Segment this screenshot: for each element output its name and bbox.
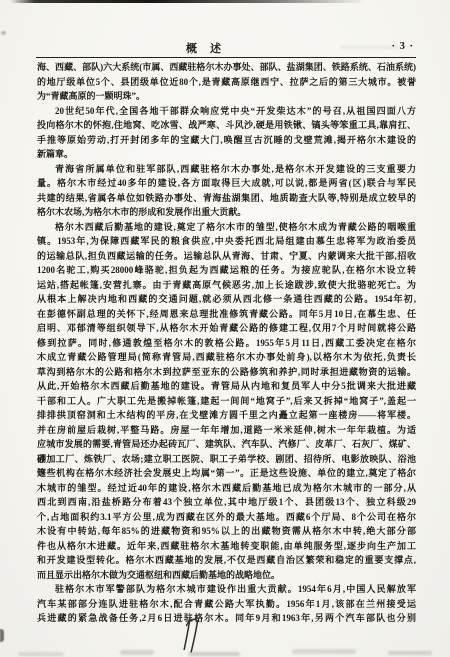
body-text: 海、西藏、部队)六大系统(市属、西藏驻格尔木办事处、部队、盐湖集团、铁路系统、石… — [37, 60, 416, 626]
text-line: 这些机构在格尔木经济社会发展史上均属“第一”。正是这些设施、单位的建立,奠定了格… — [37, 466, 416, 481]
text-line: 启明、邓郁清等组织领导下,从格尔木开始青藏公路的修建工程,仅用7个月时间就将公路 — [37, 321, 416, 336]
chapter-title: 概 述 — [186, 40, 222, 56]
handwritten-page-number — [178, 616, 206, 656]
scan-artifact-bottom — [18, 652, 64, 656]
text-line: 量。格尔木市经过40多年的建设,各方面取得巨大成就,可以说,都是两省(区)联合与… — [37, 176, 416, 191]
header-divider — [36, 57, 416, 58]
text-line: 和开发建设型转化。格尔木西藏基地的发展,不仅是西藏自治区繁荣和稳定的重要支撑点, — [37, 553, 416, 568]
text-line: 新篇章。 — [37, 147, 416, 162]
text-line: 修到拉萨。同时,修通敦煌至格尔木的敦格公路。1955年5月11日,西藏工委决定在… — [37, 336, 416, 351]
text-line: 镇。1953年,为保障西藏军民的粮食供应,中央委托西北局组建由慕生忠将军为政治委… — [37, 234, 416, 249]
text-line: 为“青藏高原的一颗明珠”。 — [37, 89, 416, 104]
text-line: 干部和工人。广大职工先是搬掉帐篷,建起一间间“地窝子”,后来又拆掉“地窝子”,盖… — [37, 394, 416, 409]
scan-artifact-bottom — [120, 650, 154, 655]
text-line: 海、西藏、部队)六大系统(市属、西藏驻格尔木办事处、部队、盐湖集团、铁路系统、石… — [37, 60, 416, 75]
text-line: 的地厅级单位5个、县团级单位近80个,是青藏高原继西宁、拉萨之后的第三大城市。被… — [37, 75, 416, 90]
text-line: 青海省所属单位和驻军部队,西藏驻格尔木办事处,是格尔木开发建设的三支重要力 — [37, 162, 416, 177]
text-line: 共建的结果,省属各单位如铁路办事处、青海盐湖集团、地质勘查大队等,特别是成立较早… — [37, 191, 416, 206]
text-line: 木城市的雏型。经过近40年的建设,格尔木西藏后勤基地已成为格尔木城市的一部分,从 — [37, 481, 416, 496]
text-line: 格尔木西藏后勤基地的建设,奠定了格尔木市的雏型,使格尔木成为青藏公路的咽喉重 — [37, 220, 416, 235]
text-line: 的运输总队,担负西藏运输的任务。运输总队从青海、甘肃、宁夏、内蒙调来大批干部,招… — [37, 249, 416, 264]
text-line: 木成立青藏公路管理局(简称青管局,西藏驻格尔木办事处前身),以格尔木为依托,负责… — [37, 350, 416, 365]
text-line: 个,占地面积约3.1平方公里,成为西藏在区外的最大基地。西藏6个厅局、8个公司在… — [37, 510, 416, 525]
scan-artifact-left-edge — [0, 629, 4, 642]
text-line: 1200名驼工,购买28000峰骆驼,担负起为西藏运粮的任务。为接应驼队,在格尔… — [37, 263, 416, 278]
scan-artifact-speck — [1, 31, 6, 35]
text-line: 从此,开始格尔木西藏后勤基地的建设。青管局从内地和复员军人中分5批调来大批进藏 — [37, 379, 416, 394]
text-line: 汽车某部部分连队进驻格尔木,配合青藏公路大军执勤。1956年1月,该部在兰州接受… — [37, 597, 416, 612]
scan-artifact-bottom — [388, 651, 432, 655]
scan-artifact-bottom — [188, 652, 240, 656]
scan-artifact-bottom — [292, 649, 356, 654]
text-line: 投向格尔木的怀抱,住地窝、吃冰雪、战严寒、斗风沙,硬是用铁锹、镐头等笨重工具,靠… — [37, 118, 416, 133]
text-line: 运站,搭起帐篷,安营扎寨。由于青藏高原气候恶劣,加上长途跋涉,致使大批骆驼死亡。… — [37, 278, 416, 293]
text-line: 驻格尔木市军警部队为格尔木城市建设作出重大贡献。1954年6月,中国人民解放军 — [37, 582, 416, 597]
text-line: 砂加工厂、炼铁厂、农场;建立职工医院、职工子弟学校、剧团、招待所、电影放映队、浴… — [37, 452, 416, 467]
text-line: 手推等原始劳动,打开封闭多年的宝藏大门,唤醒亘古沉睡的戈壁荒滩,揭开格尔木建设的 — [37, 133, 416, 148]
text-line: 木设有中转站,每年85%的进藏物资和95%以上的出藏物资需从格尔木中转,绝大部分… — [37, 524, 416, 539]
text-line: 排排拱顶窑洞和土木结构的平房,在戈壁滩方圆千里之内矗立起第一座楼房——将军楼。 — [37, 408, 416, 423]
text-line: 从根本上解决内地和西藏的交通问题,就必须从西北修一条通往西藏的公路。1954年初… — [37, 292, 416, 307]
text-line: 应城市发展的需要,青管局还办起砖瓦厂、建筑队、汽车队、汽修厂、皮革厂、石灰厂、煤… — [37, 437, 416, 452]
text-line: 西北到西南,沿盐桥路分布着43个独立单位,其中地厅级1个、县团级13个、独立科级… — [37, 495, 416, 510]
text-line: 而且显示出格尔木做为交通枢纽和西藏后勤基地的战略地位。 — [37, 568, 416, 583]
text-line: 草沟到格尔木的公路和格尔木到拉萨至亚东的公路修筑和养护,同时承担进藏物资的运输。 — [37, 365, 416, 380]
scan-artifact-faint — [340, 46, 400, 49]
text-line: 20世纪50年代,全国各地干部群众响应党中央“开发柴达木”的号召,从祖国四面八方 — [37, 104, 416, 119]
text-line: 并在房前屋后栽树,平整马路。房屋一年年增加,道路一米米延伸,树木一年年栽植。为适 — [37, 423, 416, 438]
text-line: 兵进藏的紧急战备任务,2月6日进驻格尔木。同年9月和1963年,另两个汽车部队也… — [37, 611, 416, 626]
scan-artifact-top-edge — [10, 0, 366, 3]
scanned-page: 概 述 · 3 · 海、西藏、部队)六大系统(市属、西藏驻格尔木办事处、部队、盐… — [0, 0, 450, 657]
text-line: 件也从格尔木进藏。近年来,西藏驻格尔木基地转变职能,由单纯服务型,逐步向生产加工 — [37, 539, 416, 554]
text-line: 在彭德怀副总理的关怀下,经周恩来总理批准修筑青藏公路。同年5月10日,在慕生忠、… — [37, 307, 416, 322]
text-line: 格尔木农场,为格尔木市的形成和发展作出重大贡献。 — [37, 205, 416, 220]
